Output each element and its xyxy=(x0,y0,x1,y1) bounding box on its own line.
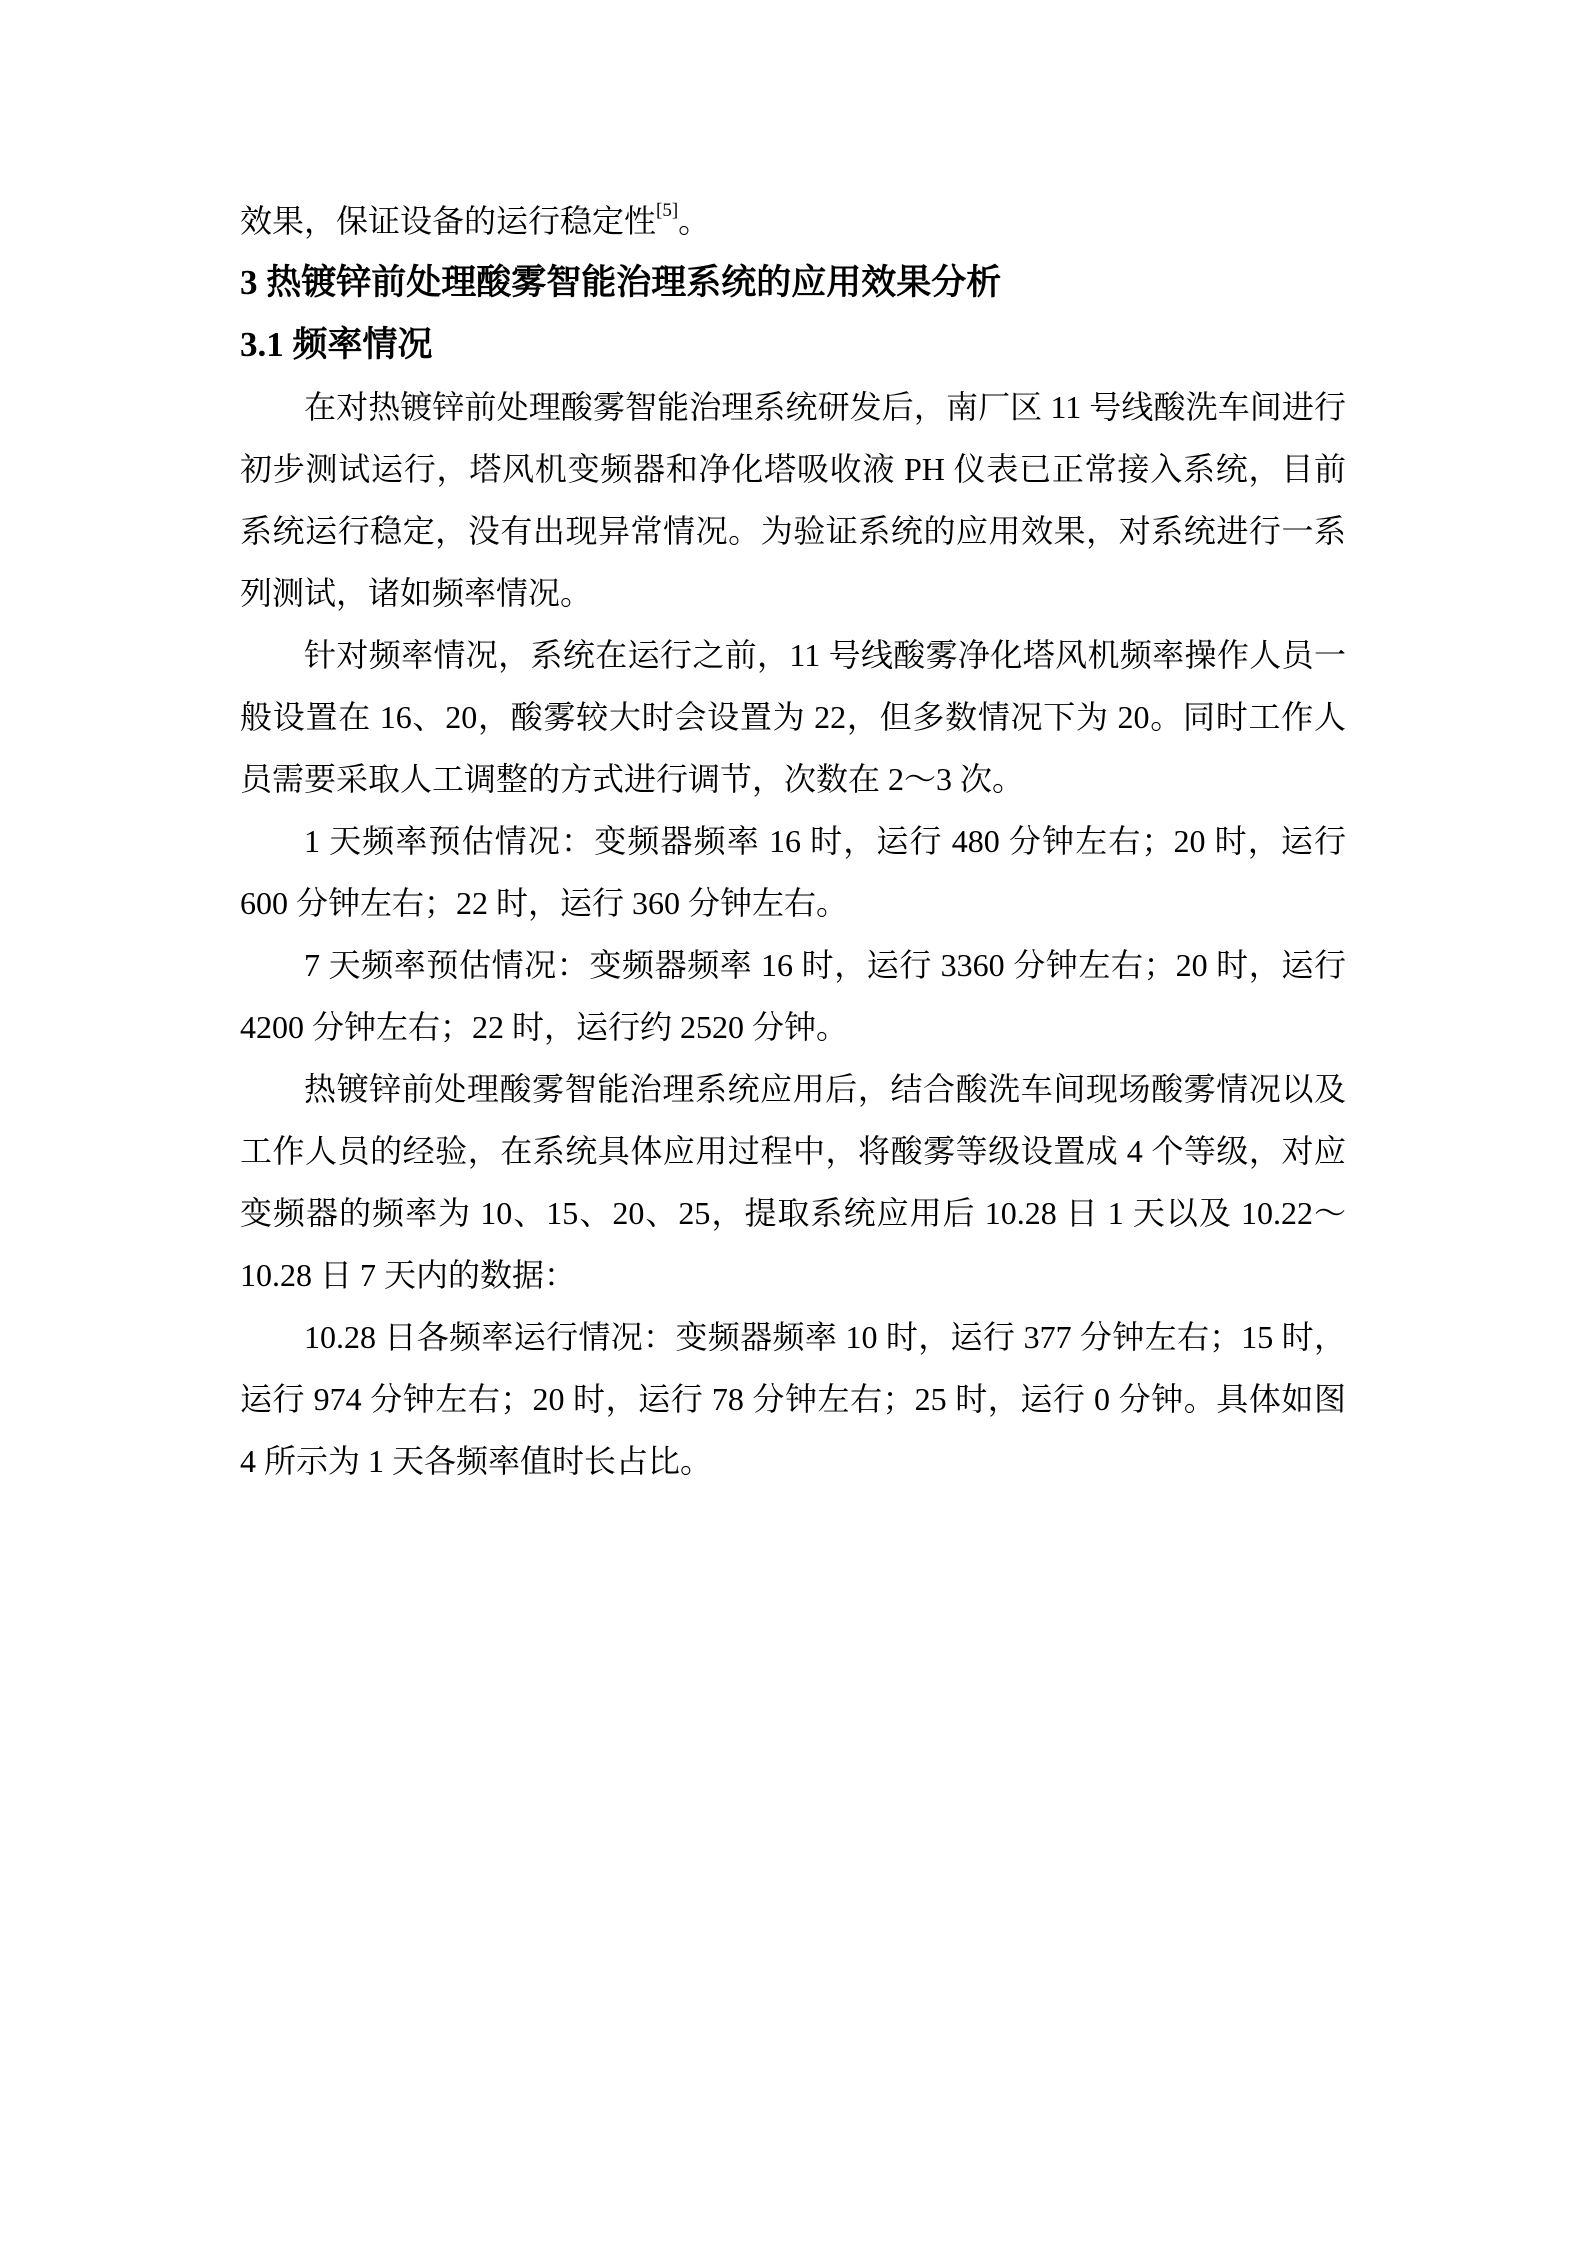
paragraph-1028-run-data: 10.28 日各频率运行情况：变频器频率 10 时，运行 377 分钟左右；15… xyxy=(240,1306,1346,1492)
section-heading: 3 热镀锌前处理酸雾智能治理系统的应用效果分析 xyxy=(240,252,1346,314)
subsection-heading: 3.1 频率情况 xyxy=(240,314,1346,376)
leading-paragraph: 效果，保证设备的运行稳定性[5]。 xyxy=(240,190,1346,252)
leading-paragraph-tail: 。 xyxy=(678,203,710,239)
paragraph-test-run: 在对热镀锌前处理酸雾智能治理系统研发后，南厂区 11 号线酸洗车间进行初步测试运… xyxy=(240,376,1346,624)
page-content: 效果，保证设备的运行稳定性[5]。 3 热镀锌前处理酸雾智能治理系统的应用效果分… xyxy=(240,190,1346,1492)
leading-paragraph-text: 效果，保证设备的运行稳定性 xyxy=(240,203,656,239)
paragraph-frequency-before: 针对频率情况，系统在运行之前，11 号线酸雾净化塔风机频率操作人员一般设置在 1… xyxy=(240,624,1346,810)
paragraph-1day-estimate: 1 天频率预估情况：变频器频率 16 时，运行 480 分钟左右；20 时，运行… xyxy=(240,810,1346,934)
citation-marker-5: [5] xyxy=(656,200,678,221)
document-page: { "page": { "background_color": "#ffffff… xyxy=(0,0,1587,2245)
paragraph-7day-estimate: 7 天频率预估情况：变频器频率 16 时，运行 3360 分钟左右；20 时，运… xyxy=(240,934,1346,1058)
paragraph-after-application: 热镀锌前处理酸雾智能治理系统应用后，结合酸洗车间现场酸雾情况以及工作人员的经验，… xyxy=(240,1058,1346,1306)
